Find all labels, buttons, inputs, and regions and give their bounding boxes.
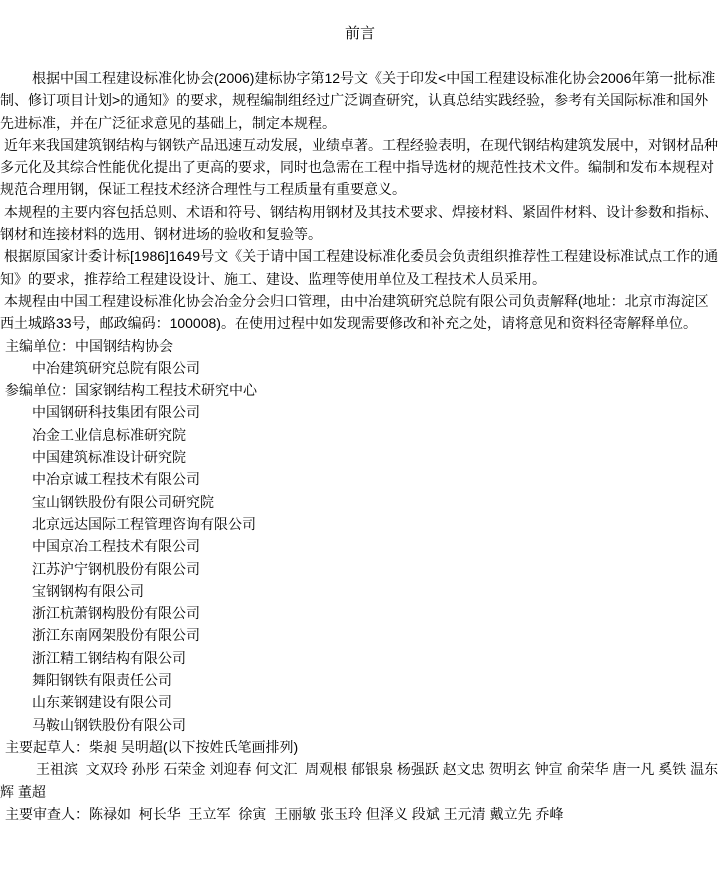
co-editor-unit-line: 宝钢钢构有限公司 bbox=[0, 580, 720, 602]
co-editor-unit: 国家钢结构工程技术研究中心 bbox=[75, 382, 257, 398]
co-editor-unit: 舞阳钢铁有限责任公司 bbox=[32, 672, 172, 688]
co-editor-unit-line: 江苏沪宁钢机股份有限公司 bbox=[0, 558, 720, 580]
co-editor-unit-line: 浙江东南网架股份有限公司 bbox=[0, 624, 720, 646]
co-editor-unit-line: 浙江精工钢结构有限公司 bbox=[0, 647, 720, 669]
preface-document: 前言 根据中国工程建设标准化协会(2006)建标协字第12号文《关于印发<中国工… bbox=[0, 0, 720, 825]
drafters-label: 主要起草人： bbox=[5, 739, 89, 755]
reviewers-label: 主要审查人： bbox=[5, 806, 89, 822]
co-editor-label: 参编单位： bbox=[5, 382, 75, 398]
chief-editor-unit: 中冶建筑研究总院有限公司 bbox=[32, 360, 200, 376]
co-editor-unit: 宝山钢铁股份有限公司研究院 bbox=[32, 494, 214, 510]
co-editor-unit: 宝钢钢构有限公司 bbox=[32, 583, 144, 599]
co-editor-unit-line: 中国京冶工程技术有限公司 bbox=[0, 535, 720, 557]
co-editor-unit-line: 中国钢研科技集团有限公司 bbox=[0, 401, 720, 423]
co-editor-unit: 山东莱钢建设有限公司 bbox=[32, 694, 172, 710]
co-editor-unit-line: 北京远达国际工程管理咨询有限公司 bbox=[0, 513, 720, 535]
co-editor-unit: 浙江精工钢结构有限公司 bbox=[32, 650, 186, 666]
co-editor-unit-line: 浙江杭萧钢构股份有限公司 bbox=[0, 602, 720, 624]
co-editor-unit-line: 中国建筑标准设计研究院 bbox=[0, 446, 720, 468]
chief-editor-label: 主编单位： bbox=[5, 338, 75, 354]
co-editor-unit: 中国钢研科技集团有限公司 bbox=[32, 404, 200, 420]
drafters-names: 王祖滨 文双玲 孙彤 石荣金 刘迎春 何文汇 周观根 郁银泉 杨强跃 赵文忠 贺… bbox=[0, 758, 720, 803]
chief-editor-line: 主编单位：中国钢结构协会 bbox=[0, 335, 720, 357]
chief-editor-unit-line: 中冶建筑研究总院有限公司 bbox=[0, 357, 720, 379]
co-editor-unit-line: 舞阳钢铁有限责任公司 bbox=[0, 669, 720, 691]
co-editor-unit-line: 中冶京诚工程技术有限公司 bbox=[0, 468, 720, 490]
co-editor-unit: 中国建筑标准设计研究院 bbox=[32, 449, 186, 465]
preface-paragraph-5: 本规程由中国工程建设标准化协会冶金分会归口管理，由中冶建筑研究总院有限公司负责解… bbox=[0, 290, 720, 335]
preface-paragraph-4: 根据原国家计委计标[1986]1649号文《关于请中国工程建设标准化委员会负责组… bbox=[0, 245, 720, 290]
co-editor-unit: 冶金工业信息标准研究院 bbox=[32, 427, 186, 443]
co-editor-unit: 浙江杭萧钢构股份有限公司 bbox=[32, 605, 200, 621]
page-title: 前言 bbox=[0, 23, 720, 45]
chief-editor-unit: 中国钢结构协会 bbox=[75, 338, 173, 354]
co-editor-unit: 江苏沪宁钢机股份有限公司 bbox=[32, 561, 200, 577]
preface-paragraph-2: 近年来我国建筑钢结构与钢铁产品迅速互动发展，业绩卓著。工程经验表明，在现代钢结构… bbox=[0, 134, 720, 201]
preface-paragraph-1: 根据中国工程建设标准化协会(2006)建标协字第12号文《关于印发<中国工程建设… bbox=[0, 67, 720, 134]
drafters-lead: 柴昶 吴明超(以下按姓氏笔画排列) bbox=[89, 739, 298, 755]
co-editor-unit-line: 冶金工业信息标准研究院 bbox=[0, 424, 720, 446]
co-editor-unit: 北京远达国际工程管理咨询有限公司 bbox=[32, 516, 256, 532]
co-editor-unit-line: 山东莱钢建设有限公司 bbox=[0, 691, 720, 713]
co-editor-unit: 中国京冶工程技术有限公司 bbox=[32, 538, 200, 554]
co-editor-line: 参编单位：国家钢结构工程技术研究中心 bbox=[0, 379, 720, 401]
co-editor-unit: 马鞍山钢铁股份有限公司 bbox=[32, 717, 186, 733]
reviewers-names: 陈禄如 柯长华 王立军 徐寅 王丽敏 张玉玲 但泽义 段斌 王元清 戴立先 乔峰 bbox=[89, 806, 563, 822]
co-editor-unit: 中冶京诚工程技术有限公司 bbox=[32, 471, 200, 487]
co-editor-unit-line: 宝山钢铁股份有限公司研究院 bbox=[0, 491, 720, 513]
co-editor-unit-line: 马鞍山钢铁股份有限公司 bbox=[0, 714, 720, 736]
co-editor-unit: 浙江东南网架股份有限公司 bbox=[32, 627, 200, 643]
reviewers-line: 主要审查人：陈禄如 柯长华 王立军 徐寅 王丽敏 张玉玲 但泽义 段斌 王元清 … bbox=[0, 803, 720, 825]
preface-paragraph-3: 本规程的主要内容包括总则、术语和符号、钢结构用钢材及其技术要求、焊接材料、紧固件… bbox=[0, 201, 720, 246]
drafters-line: 主要起草人：柴昶 吴明超(以下按姓氏笔画排列) bbox=[0, 736, 720, 758]
